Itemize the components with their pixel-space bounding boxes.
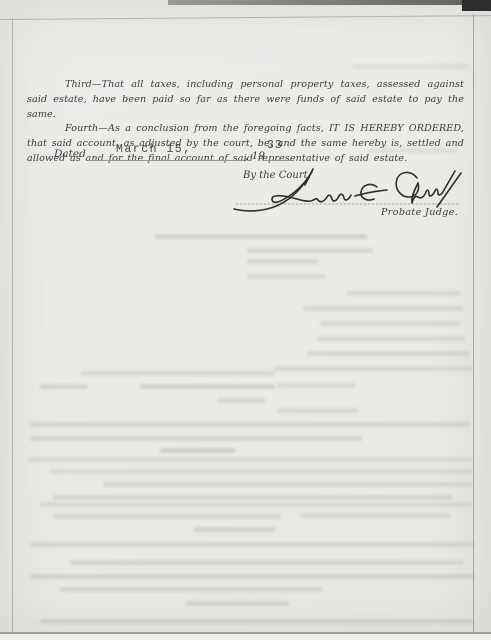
bleed-line — [30, 436, 362, 441]
dated-label: Dated — [54, 148, 86, 160]
bleed-line — [40, 619, 474, 624]
bleed-line — [50, 469, 472, 474]
page-edge-right — [473, 14, 474, 634]
page-edge-left — [12, 18, 13, 634]
signature-stroke-lastname — [396, 171, 461, 207]
bleed-line — [352, 64, 468, 69]
bleed-line — [187, 601, 289, 606]
bleed-line — [303, 306, 463, 311]
bleed-line — [70, 560, 464, 565]
bleed-line — [277, 408, 359, 413]
bleed-line — [30, 574, 474, 579]
bleed-line — [40, 384, 88, 389]
bleed-line — [160, 448, 235, 453]
bleed-line — [277, 383, 355, 388]
bleed-line — [307, 351, 470, 356]
bleed-line — [53, 495, 453, 500]
signature-stroke-sweep — [234, 169, 313, 211]
bleed-line — [193, 527, 275, 532]
bleed-line — [80, 371, 275, 376]
bleed-line — [30, 542, 474, 547]
scan-margin-bottom — [0, 634, 491, 640]
scan-corner-block — [462, 0, 491, 11]
signature-stroke-middle-initial — [355, 185, 387, 201]
bleed-line — [155, 234, 367, 239]
probate-judge-label: Probate Judge. — [381, 207, 458, 218]
signature-stroke-firstname — [272, 172, 351, 202]
typed-year-value: 33 — [267, 139, 283, 152]
scanned-document-page: Third—That all taxes, including personal… — [0, 0, 491, 640]
page-edge-top — [0, 15, 491, 20]
bleed-line — [300, 513, 450, 518]
bleed-line — [30, 422, 470, 427]
bleed-line — [347, 291, 460, 296]
bleed-line — [273, 366, 473, 371]
bleed-line — [140, 384, 275, 389]
typed-date-value: March 15, — [116, 143, 192, 156]
bleed-line — [247, 259, 319, 264]
bleed-line — [53, 514, 281, 519]
scan-edge-strip — [168, 0, 491, 5]
bleed-line — [217, 398, 265, 403]
bleed-line — [247, 248, 373, 253]
bleed-line — [247, 274, 325, 279]
bleed-line — [320, 321, 460, 326]
bleed-line — [317, 336, 465, 341]
bleed-line — [40, 502, 472, 507]
paragraph-third: Third—That all taxes, including personal… — [27, 78, 464, 122]
bleed-line — [28, 457, 474, 462]
bleed-line — [103, 482, 473, 487]
bleed-line — [60, 587, 322, 592]
